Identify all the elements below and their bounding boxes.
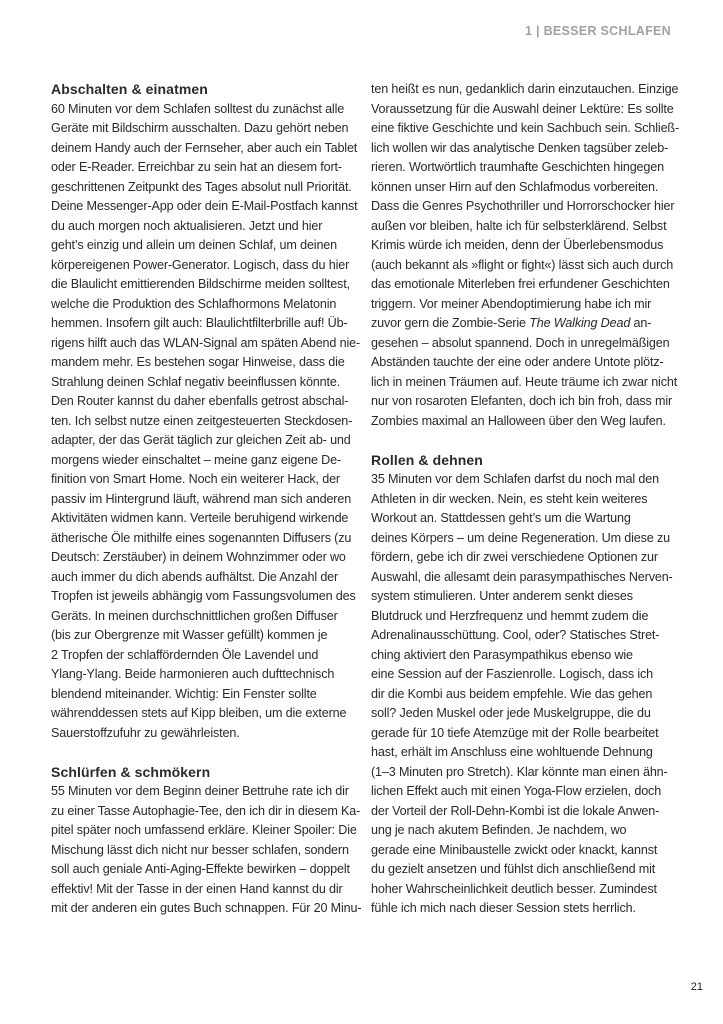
paragraph-line: mit der anderen ein gutes Buch schnappen… <box>51 899 355 919</box>
paragraph-line: passiv im Hintergrund läuft, während man… <box>51 490 355 510</box>
paragraph-line: fühle ich mich nach dieser Session stets… <box>371 899 675 919</box>
paragraph-line: 35 Minuten vor dem Schlafen darfst du no… <box>371 470 675 490</box>
section-body: gesehen – absolut spannend. Doch in unre… <box>371 334 675 432</box>
paragraph-line: oder E-Reader. Erreichbar zu sein hat an… <box>51 158 355 178</box>
paragraph-line: rigens hilft auch das WLAN-Signal am spä… <box>51 334 355 354</box>
paragraph-line: Workout an. Stattdessen geht’s um die Wa… <box>371 509 675 529</box>
paragraph-line: Blutdruck und Herzfrequenz und hemmt zud… <box>371 607 675 627</box>
paragraph-line: blendend miteinander. Wichtig: Ein Fenst… <box>51 685 355 705</box>
section-heading: Rollen & dehnen <box>371 451 675 471</box>
paragraph-line: du auch morgen noch aktualisieren. Jetzt… <box>51 217 355 237</box>
paragraph-line: Geräte mit Bildschirm ausschalten. Dazu … <box>51 119 355 139</box>
paragraph-line: Den Router kannst du daher ebenfalls get… <box>51 392 355 412</box>
paragraph-line: Dass die Genres Psychothriller und Horro… <box>371 197 675 217</box>
paragraph-line: Aktivitäten widmen kann. Verteile beruhi… <box>51 509 355 529</box>
paragraph-line: du gezielt ansetzen und fühlst dich ansc… <box>371 860 675 880</box>
paragraph-line: adapter, der das Gerät täglich zur gleic… <box>51 431 355 451</box>
paragraph-line: Voraussetzung für die Auswahl deiner Lek… <box>371 100 675 120</box>
paragraph-line: ten heißt es nun, gedanklich darin einzu… <box>371 80 675 100</box>
paragraph-line: Sauerstoffzufuhr zu gewährleisten. <box>51 724 355 744</box>
paragraph-line: Geräts. In meinen durchschnittlichen gro… <box>51 607 355 627</box>
section-body: ten heißt es nun, gedanklich darin einzu… <box>371 80 675 314</box>
paragraph-line: 2 Tropfen der schlaffördernden Öle Laven… <box>51 646 355 666</box>
paragraph-line: eine fiktive Geschichte und kein Sachbuc… <box>371 119 675 139</box>
paragraph-line: dir die Kombi aus beidem empfehle. Wie d… <box>371 685 675 705</box>
paragraph-line: gerade eine Minibaustelle zwickt oder kn… <box>371 841 675 861</box>
paragraph-line: morgens wieder einschaltet – meine ganz … <box>51 451 355 471</box>
paragraph-line: (auch bekannt als »flight or fight«) läs… <box>371 256 675 276</box>
paragraph-line: system stimulieren. Unter anderem senkt … <box>371 587 675 607</box>
paragraph-line: ten. Ich selbst nutze einen zeitgesteuer… <box>51 412 355 432</box>
paragraph-line: 60 Minuten vor dem Schlafen solltest du … <box>51 100 355 120</box>
section-body: 35 Minuten vor dem Schlafen darfst du no… <box>371 470 675 919</box>
paragraph-line: deinem Handy auch der Fernseher, aber au… <box>51 139 355 159</box>
paragraph-line: (1–3 Minuten pro Stretch). Klar könnte m… <box>371 763 675 783</box>
paragraph-line: deines Körpers – um deine Regeneration. … <box>371 529 675 549</box>
section-schluerfen: Schlürfen & schmökern 55 Minuten vor dem… <box>51 763 355 919</box>
section-schluerfen-continued: ten heißt es nun, gedanklich darin einzu… <box>371 80 675 431</box>
section-heading: Abschalten & einatmen <box>51 80 355 100</box>
section-body: 60 Minuten vor dem Schlafen solltest du … <box>51 100 355 744</box>
paragraph-line: effektiv! Mit der Tasse in der einen Han… <box>51 880 355 900</box>
paragraph-line: die Blaulicht emittierenden Bildschirme … <box>51 275 355 295</box>
paragraph-line: eine Session auf der Faszienrolle. Logis… <box>371 665 675 685</box>
paragraph-line: Zombies maximal an Halloween über den We… <box>371 412 675 432</box>
paragraph-line: gesehen – absolut spannend. Doch in unre… <box>371 334 675 354</box>
paragraph-line: zu einer Tasse Autophagie-Tee, den ich d… <box>51 802 355 822</box>
paragraph-line: hemmen. Insofern gilt auch: Blaulichtfil… <box>51 314 355 334</box>
paragraph-line: gerade für 10 tiefe Atemzüge mit der Rol… <box>371 724 675 744</box>
paragraph-line: hast, erhält im Anschluss eine wohltuend… <box>371 743 675 763</box>
paragraph-line: Tropfen ist jeweils abhängig vom Fassung… <box>51 587 355 607</box>
section-rollen: Rollen & dehnen 35 Minuten vor dem Schla… <box>371 451 675 919</box>
paragraph-line: pitel später noch umfassend erkläre. Kle… <box>51 821 355 841</box>
paragraph-line: hoher Wahrscheinlichkeit deutlich besser… <box>371 880 675 900</box>
running-head: 1 | BESSER SCHLAFEN <box>525 24 671 38</box>
paragraph-line: Ylang-Ylang. Beide harmonieren auch duft… <box>51 665 355 685</box>
paragraph-line: Athleten in dir wecken. Nein, es steht k… <box>371 490 675 510</box>
paragraph-line: Krimis würde ich meiden, denn der Überle… <box>371 236 675 256</box>
paragraph-line: der Vorteil der Roll-Dehn-Kombi ist die … <box>371 802 675 822</box>
paragraph-line: 55 Minuten vor dem Beginn deiner Bettruh… <box>51 782 355 802</box>
book-title: The Walking Dead <box>529 316 630 330</box>
paragraph-line: können unser Hirn auf den Schlafmodus vo… <box>371 178 675 198</box>
paragraph-line: geschrittenen Zeitpunkt des Tages absolu… <box>51 178 355 198</box>
paragraph-line: lich wollen wir das analytische Denken t… <box>371 139 675 159</box>
left-column: Abschalten & einatmen 60 Minuten vor dem… <box>51 80 355 938</box>
paragraph-line: fördern, gebe ich dir zwei verschiedene … <box>371 548 675 568</box>
paragraph-line: Abständen tauchte der eine oder andere U… <box>371 353 675 373</box>
paragraph-line: welche die Produktion des Schlafhormons … <box>51 295 355 315</box>
paragraph-line: außen vor bleiben, halte ich für selbste… <box>371 217 675 237</box>
paragraph-line: auch immer du dich abends aufhältst. Die… <box>51 568 355 588</box>
paragraph-line: währenddessen stets auf Kipp bleiben, um… <box>51 704 355 724</box>
paragraph-line: Mischung lässt dich nicht nur besser sch… <box>51 841 355 861</box>
paragraph-line: körpereigenen Power-Generator. Logisch, … <box>51 256 355 276</box>
paragraph-line: soll? Jeden Muskel oder jede Muskelgrupp… <box>371 704 675 724</box>
paragraph-line: mandem mehr. Es bestehen sogar Hinweise,… <box>51 353 355 373</box>
paragraph-line: ätherische Öle mithilfe eines sogenannte… <box>51 529 355 549</box>
paragraph-line: soll auch geniale Anti-Aging-Effekte bew… <box>51 860 355 880</box>
paragraph-line: Adrenalinausschüttung. Cool, oder? Stati… <box>371 626 675 646</box>
paragraph-line: Auswahl, die allesamt dein parasympathis… <box>371 568 675 588</box>
paragraph-line: (bis zur Obergrenze mit Wasser gefüllt) … <box>51 626 355 646</box>
paragraph-line: rieren. Wortwörtlich traumhafte Geschich… <box>371 158 675 178</box>
section-heading: Schlürfen & schmökern <box>51 763 355 783</box>
paragraph-line: Deine Messenger-App oder dein E-Mail-Pos… <box>51 197 355 217</box>
paragraph-line: ching aktiviert den Parasympathikus eben… <box>371 646 675 666</box>
right-column: ten heißt es nun, gedanklich darin einzu… <box>371 80 675 938</box>
paragraph-line: das emotionale Miterleben frei erfundene… <box>371 275 675 295</box>
section-abschalten: Abschalten & einatmen 60 Minuten vor dem… <box>51 80 355 743</box>
paragraph-line: geht’s einzig und allein um deinen Schla… <box>51 236 355 256</box>
paragraph-line: Strahlung deinen Schlaf negativ beeinflu… <box>51 373 355 393</box>
paragraph-line: Deutsch: Zerstäuber) in deinem Wohnzimme… <box>51 548 355 568</box>
paragraph-line: zuvor gern die Zombie-Serie The Walking … <box>371 314 675 334</box>
paragraph-line: finition von Smart Home. Noch ein weiter… <box>51 470 355 490</box>
paragraph-line: nur von rosaroten Elefanten, doch ich bi… <box>371 392 675 412</box>
section-body: 55 Minuten vor dem Beginn deiner Bettruh… <box>51 782 355 919</box>
paragraph-line: triggern. Vor meiner Abendoptimierung ha… <box>371 295 675 315</box>
paragraph-line: lichen Effekt auch mit einen Yoga-Flow e… <box>371 782 675 802</box>
paragraph-line: ung je nach akutem Befinden. Je nachdem,… <box>371 821 675 841</box>
paragraph-line: lich in meinen Träumen auf. Heute träume… <box>371 373 675 393</box>
page-number: 21 <box>691 981 703 993</box>
